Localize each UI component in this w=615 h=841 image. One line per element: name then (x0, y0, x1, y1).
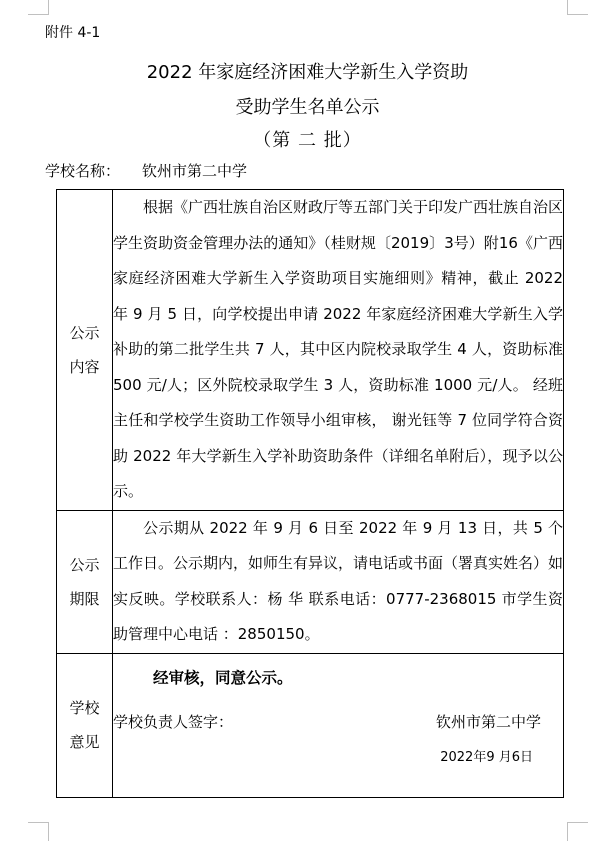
page-corner-mark-top-right (567, 0, 588, 15)
signature-line: 学校负责人签字： 钦州市第二中学 (113, 704, 563, 740)
document-title-line1: 2022 年家庭经济困难大学新生入学资助 (0, 58, 615, 84)
label-line: 期限 (57, 582, 112, 616)
notice-period-text: 公示期从 2022 年 9 月 6 日至 2022 年 9 月 13 日，共 5… (113, 510, 564, 653)
document-title-line2: 受助学生名单公示 (0, 93, 615, 119)
label-line: 内容 (57, 350, 112, 384)
school-name-label: 学校名称： (45, 162, 120, 180)
table-row-content: 公示 内容 根据《广西壮族自治区财政厅等五部门关于印发广西壮族自治区学生资助资金… (57, 190, 564, 511)
label-line: 意见 (57, 725, 112, 759)
label-line: 公示 (57, 316, 112, 350)
row-label-content: 公示 内容 (57, 190, 113, 511)
signing-school-name: 钦州市第二中学 (436, 704, 541, 740)
signing-date: 2022年9 月6日 (113, 740, 563, 776)
document-title-batch: （第 二 批） (0, 126, 615, 152)
school-name-line: 学校名称：钦州市第二中学 (45, 160, 247, 181)
approval-statement: 经审核，同意公示。 (113, 660, 563, 696)
attachment-label: 附件 4-1 (45, 22, 100, 42)
school-name-value: 钦州市第二中学 (142, 162, 247, 180)
notice-content-text: 根据《广西壮族自治区财政厅等五部门关于印发广西壮族自治区学生资助资金管理办法的通… (113, 190, 564, 511)
label-line: 学校 (57, 691, 112, 725)
school-opinion-cell: 经审核，同意公示。 学校负责人签字： 钦州市第二中学 2022年9 月6日 (113, 653, 564, 797)
notice-table: 公示 内容 根据《广西壮族自治区财政厅等五部门关于印发广西壮族自治区学生资助资金… (56, 189, 564, 798)
table-row-period: 公示 期限 公示期从 2022 年 9 月 6 日至 2022 年 9 月 13… (57, 510, 564, 653)
page-corner-mark-bottom-right (567, 822, 588, 841)
row-label-opinion: 学校 意见 (57, 653, 113, 797)
table-row-opinion: 学校 意见 经审核，同意公示。 学校负责人签字： 钦州市第二中学 2022年9 … (57, 653, 564, 797)
label-line: 公示 (57, 548, 112, 582)
page-corner-mark-bottom-left (28, 822, 49, 841)
row-label-period: 公示 期限 (57, 510, 113, 653)
page-corner-mark-top-left (28, 0, 49, 15)
signature-label: 学校负责人签字： (113, 704, 233, 740)
